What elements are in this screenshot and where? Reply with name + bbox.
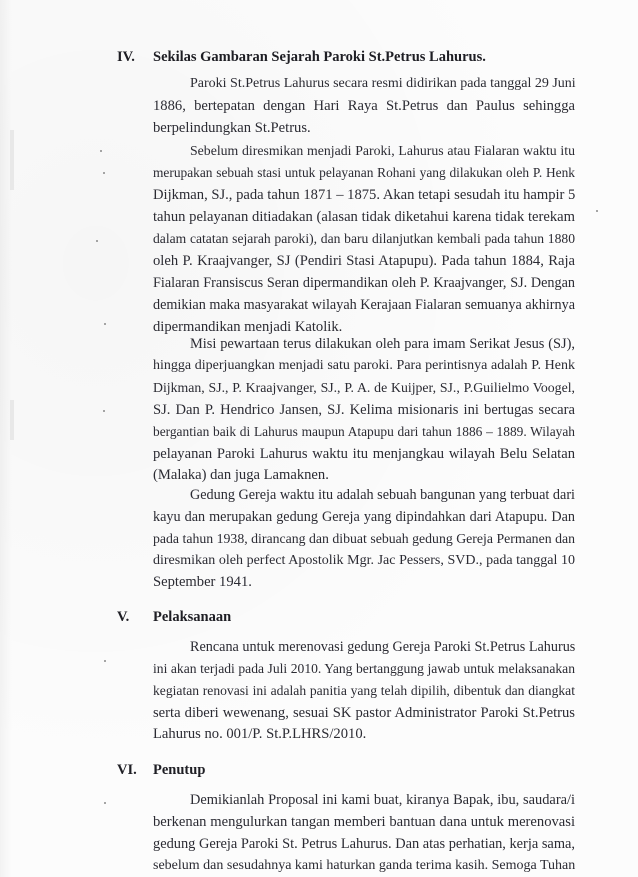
text-line: kegiatan renovasi ini adalah panitia yan… (153, 681, 575, 701)
section-title: Penutup (153, 760, 205, 780)
scan-speck (96, 240, 98, 242)
text-line: berkenan mengulurkan tangan memberi bant… (153, 812, 575, 832)
text-line: September 1941. (153, 572, 575, 592)
text-line: Demikianlah Proposal ini kami buat, kira… (190, 790, 575, 810)
text-line: Dijkman, SJ., pada tahun 1871 – 1875. Ak… (153, 185, 575, 205)
section-number: V. (117, 607, 129, 627)
section-title: Sekilas Gambaran Sejarah Paroki St.Petru… (153, 47, 486, 67)
scan-speck (596, 210, 598, 212)
scan-smudge (10, 400, 14, 440)
scan-speck (103, 410, 105, 412)
text-line: Paroki St.Petrus Lahurus secara resmi di… (190, 74, 575, 94)
text-line: pelayanan Paroki Lahurus waktu itu menja… (153, 444, 575, 464)
scan-speck (104, 660, 106, 662)
text-line: gedung Gereja Paroki St. Petrus Lahurus.… (153, 834, 575, 854)
text-line: merupakan sebuah stasi untuk pelayanan R… (153, 163, 575, 183)
text-line: Fialaran Fransiscus Seran dipermandikan … (153, 273, 575, 293)
text-line: oleh P. Kraajvanger, SJ (Pendiri Stasi A… (153, 251, 575, 271)
text-line: (Malaka) dan juga Lamaknen. (153, 465, 575, 485)
scan-speck (103, 172, 105, 174)
scan-speck (100, 150, 102, 152)
text-line: Misi pewartaan terus dilakukan oleh para… (190, 334, 575, 354)
text-line: serta diberi wewenang, sesuai SK pastor … (153, 703, 575, 723)
text-line: kayu dan merupakan gedung Gereja yang di… (153, 507, 575, 527)
scan-speck (104, 323, 106, 325)
text-line: tahun pelayanan ditiadakan (alasan tidak… (153, 207, 575, 227)
text-line: hingga diperjuangkan menjadi satu paroki… (153, 356, 575, 376)
text-line: Gedung Gereja waktu itu adalah sebuah ba… (190, 485, 575, 505)
text-line: demikian maka masyarakat wilayah Kerajaa… (153, 295, 575, 315)
scanned-page: IV. Sekilas Gambaran Sejarah Paroki St.P… (0, 0, 638, 877)
section-number: IV. (117, 47, 135, 67)
text-line: SJ. Dan P. Hendrico Jansen, SJ. Kelima m… (153, 400, 575, 420)
section-number: VI. (117, 760, 137, 780)
text-line: dalam catatan sejarah paroki), dan baru … (153, 229, 575, 249)
text-line: bergantian baik di Lahurus maupun Atapup… (153, 422, 575, 442)
text-line: Lahurus no. 001/P. St.P.LHRS/2010. (153, 724, 575, 744)
text-line: berpelindungkan St.Petrus. (153, 118, 575, 138)
text-line: ini akan terjadi pada Juli 2010. Yang be… (153, 659, 575, 679)
text-line: sebelum dan sesudahnya kami haturkan gan… (153, 856, 575, 876)
text-line: Dijkman, SJ., P. Kraajvanger, SJ., P. A.… (153, 378, 575, 398)
text-line: pada tahun 1938, dirancang dan dibuat se… (153, 529, 575, 549)
text-line: Sebelum diresmikan menjadi Paroki, Lahur… (190, 141, 575, 161)
text-line: Rencana untuk merenovasi gedung Gereja P… (190, 637, 575, 657)
scan-smudge (10, 130, 14, 190)
text-line: 1886, bertepatan dengan Hari Raya St.Pet… (153, 96, 575, 116)
section-title: Pelaksanaan (153, 607, 231, 627)
text-line: diresmikan oleh perfect Apostolik Mgr. J… (153, 551, 575, 571)
scan-speck (104, 802, 106, 804)
